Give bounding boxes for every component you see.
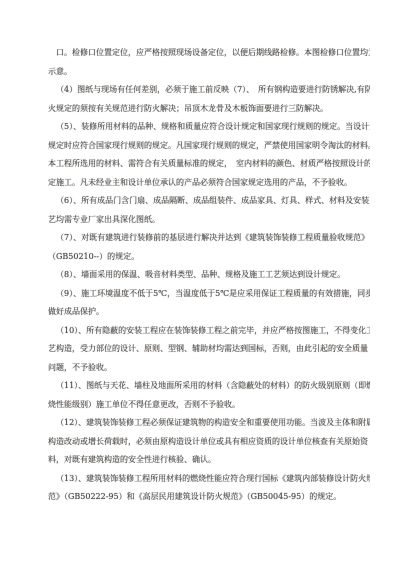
document-line: （10）、所有隐蔽的安装工程应在装饰装修工程之前完毕，并应严格按图施工，不得变化… <box>48 322 370 341</box>
document-page: 口。检修口位置定位，应严格按照现场设备定位，以便后期线路检修。本图检修口位置均为… <box>0 0 400 566</box>
document-line: 艺构造，受力部位的设计、原则、型钢、辅助材均需达到国标，否则，由此引起的安全质量 <box>48 340 370 359</box>
document-line: 烧性能级别）施工单位不得任意更改，否则不予验收。 <box>48 396 370 415</box>
document-line: 口。检修口位置定位，应严格按照现场设备定位，以便后期线路检修。本图检修口位置均为 <box>48 44 370 63</box>
document-line: 构造改动或增长荷载时，必须由原构造设计单位或具有相应资质的设计单位核查有关原始资 <box>48 433 370 452</box>
document-line: （9）、施工环境温度不低于5℃，当温度低于5℃是应采用保证工程质量的有效措施，同… <box>48 285 370 304</box>
document-line: 做好成品保护。 <box>48 303 370 322</box>
document-line: （5）、装修所用材料的品种、规格和质量应符合设计规定和国家现行规则的规定。当设计… <box>48 118 370 137</box>
document-line: （4）图纸与现场有任何差别，必须于施工前反映（7）、 所有钢构造要进行防锈解决,… <box>48 81 370 100</box>
document-line: 料，对既有建筑构造的安全性进行核验、确认。 <box>48 451 370 470</box>
document-line: （13）、建筑装饰装修工程所用材料的燃烧性能应符合现行国标《建筑内部装修设计防火… <box>48 470 370 489</box>
document-line: 问题，不予验收。 <box>48 359 370 378</box>
document-line: （6）、所有成品门含门扇、成品隔断、成品组装件、成品家具、灯具、样式、材料及安装… <box>48 192 370 211</box>
document-line: 示意。 <box>48 63 370 82</box>
document-line: （12）、建筑装饰装修工程必须保证建筑物的构造安全和重要使用功能。当波及主体和附… <box>48 414 370 433</box>
text-block: 口。检修口位置定位，应严格按照现场设备定位，以便后期线路检修。本图检修口位置均为… <box>48 44 370 507</box>
document-line: （11）、图纸与天花、墙柱及地面所采用的材料（含隐蔽处的材料）的防火级别原则（即… <box>48 377 370 396</box>
document-line: （7）、对既有建筑进行装修前的基层进行解决并达到《建筑装饰装修工程质量验收规范》 <box>48 229 370 248</box>
document-line: 本工程所选用的材料、需符合有关质量标准的规定， 室内材料的颜色、材质严格按照设计… <box>48 155 370 174</box>
document-line: 艺均需专业厂家出具深化图纸。 <box>48 211 370 230</box>
document-line: 火规定的须按有关规范进行防火解决；吊顶木龙骨及木板饰面要进行三防解决。 <box>48 100 370 119</box>
document-line: 规定时应符合国家现行规则的规定。凡国家现行规则的规定，严禁使用国家明令淘汰的材料… <box>48 137 370 156</box>
document-line: 范》（GB50222-95）和《高层民用建筑设计防火规范》（GB50045-95… <box>48 488 370 507</box>
document-line: （8）、墙面采用的保温、吸音材料类型、品种、规格及施工工艺须达到设计规定。 <box>48 266 370 285</box>
document-line: （GB50210--）的规定。 <box>48 248 370 267</box>
document-line: 定施工。凡未经业主和设计单位承认的产品必须符合国家规定选用的产品，不予验收。 <box>48 174 370 193</box>
